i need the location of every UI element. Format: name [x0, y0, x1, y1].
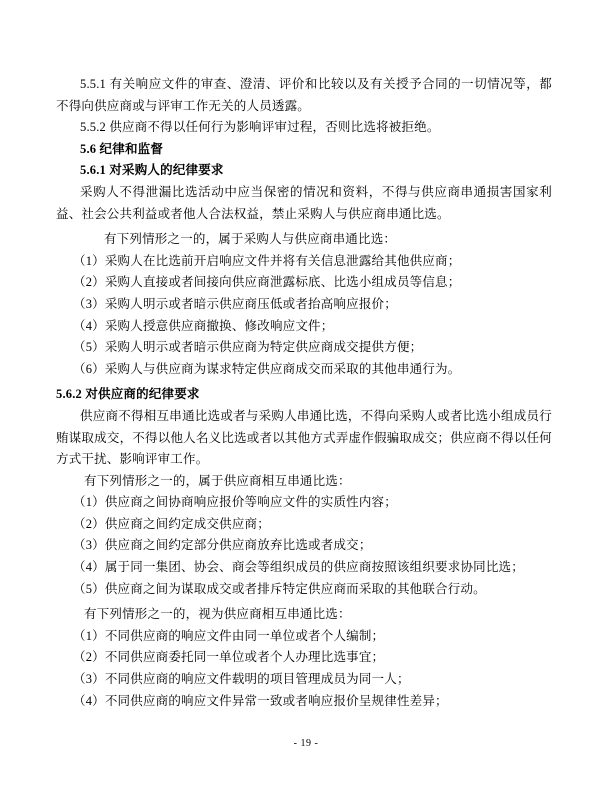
list-intro-deemed-collusion: 有下列情形之一的，视为供应商相互串通比选： — [84, 604, 552, 626]
list-intro-purchaser-collusion: 有下列情形之一的，属于采购人与供应商串通比选： — [104, 229, 552, 251]
list-item: （1）不同供应商的响应文件由同一单位或者个人编制； — [73, 626, 552, 648]
list-item: （2）供应商之间约定成交供应商； — [73, 514, 552, 536]
page-number: - 19 - — [0, 738, 612, 749]
list-item: （3）不同供应商的响应文件载明的项目管理成员为同一人； — [73, 669, 552, 691]
list-item: （2）不同供应商委托同一单位或者个人办理比选事宜； — [73, 647, 552, 669]
heading-5-6-2: 5.6.2 对供应商的纪律要求 — [56, 384, 552, 406]
heading-5-6-1: 5.6.1 对采购人的纪律要求 — [80, 160, 552, 182]
list-item: （1）采购人在比选前开启响应文件并将有关信息泄露给其他供应商； — [73, 251, 552, 273]
list-intro-supplier-collusion: 有下列情形之一的，属于供应商相互串通比选： — [84, 471, 552, 493]
list-item: （6）采购人与供应商为谋求特定供应商成交而采取的其他串通行为。 — [73, 359, 552, 381]
clause-5-6-1-body: 采购人不得泄漏比选活动中应当保密的情况和资料，不得与供应商串通损害国家利益、社会… — [56, 182, 552, 225]
list-item: （4）不同供应商的响应文件异常一致或者响应报价呈规律性差异； — [73, 691, 552, 713]
list-item: （1）供应商之间协商响应报价等响应文件的实质性内容； — [73, 492, 552, 514]
clause-5-6-2-body: 供应商不得相互串通比选或者与采购人串通比选，不得向采购人或者比选小组成员行贿谋取… — [56, 406, 552, 471]
list-item: （3）采购人明示或者暗示供应商压低或者抬高响应报价； — [73, 294, 552, 316]
list-item: （4）采购人授意供应商撤换、修改响应文件； — [73, 316, 552, 338]
list-item: （5）采购人明示或者暗示供应商为特定供应商成交提供方便； — [73, 337, 552, 359]
list-item: （5）供应商之间为谋取成交或者排斥特定供应商而采取的其他联合行动。 — [73, 579, 552, 601]
clause-5-5-2: 5.5.2 供应商不得以任何行为影响评审过程，否则比选将被拒绝。 — [56, 117, 552, 139]
list-item: （3）供应商之间约定部分供应商放弃比选或者成交； — [73, 535, 552, 557]
document-page: 5.5.1 有关响应文件的审查、澄清、评价和比较以及有关授予合同的一切情况等，都… — [0, 0, 612, 792]
heading-5-6: 5.6 纪律和监督 — [80, 139, 552, 161]
list-item: （2）采购人直接或者间接向供应商泄露标底、比选小组成员等信息； — [73, 272, 552, 294]
document-body: 5.5.1 有关响应文件的审查、澄清、评价和比较以及有关授予合同的一切情况等，都… — [56, 74, 552, 712]
clause-5-5-1: 5.5.1 有关响应文件的审查、澄清、评价和比较以及有关授予合同的一切情况等，都… — [56, 74, 552, 117]
list-item: （4）属于同一集团、协会、商会等组织成员的供应商按照该组织要求协同比选； — [73, 557, 552, 579]
